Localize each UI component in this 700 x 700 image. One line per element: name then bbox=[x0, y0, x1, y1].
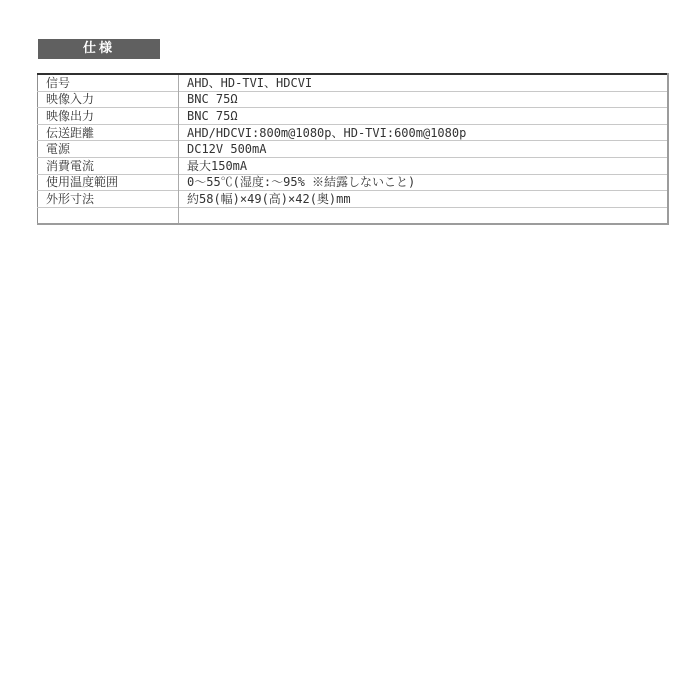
spec-label bbox=[38, 207, 179, 224]
table-row: 使用温度範囲 0～55℃(湿度:～95% ※結露しないこと) bbox=[38, 174, 669, 191]
table-row: 映像入力 BNC 75Ω bbox=[38, 91, 669, 108]
spec-value: 最大150mA bbox=[179, 157, 669, 174]
table-row: 外形寸法 約58(幅)×49(高)×42(奥)mm bbox=[38, 191, 669, 208]
spec-label: 映像出力 bbox=[38, 108, 179, 125]
spec-value: BNC 75Ω bbox=[179, 108, 669, 125]
spec-label: 電源 bbox=[38, 141, 179, 158]
spec-label: 外形寸法 bbox=[38, 191, 179, 208]
section-title-bar: 仕様 bbox=[38, 39, 160, 59]
table-row: 電源 DC12V 500mA bbox=[38, 141, 669, 158]
spec-value bbox=[179, 207, 669, 224]
table-row: 消費電流 最大150mA bbox=[38, 157, 669, 174]
table-row: 映像出力 BNC 75Ω bbox=[38, 108, 669, 125]
table-row: 伝送距離 AHD/HDCVI:800m@1080p、HD-TVI:600m@10… bbox=[38, 124, 669, 141]
spec-label: 使用温度範囲 bbox=[38, 174, 179, 191]
spec-label: 信号 bbox=[38, 74, 179, 91]
spec-value: 約58(幅)×49(高)×42(奥)mm bbox=[179, 191, 669, 208]
spec-table: 信号 AHD、HD-TVI、HDCVI 映像入力 BNC 75Ω 映像出力 BN… bbox=[37, 73, 669, 225]
spec-value: AHD、HD-TVI、HDCVI bbox=[179, 74, 669, 91]
section-title: 仕様 bbox=[83, 41, 115, 56]
table-row: 信号 AHD、HD-TVI、HDCVI bbox=[38, 74, 669, 91]
spec-value: 0～55℃(湿度:～95% ※結露しないこと) bbox=[179, 174, 669, 191]
spec-label: 伝送距離 bbox=[38, 124, 179, 141]
spec-value: AHD/HDCVI:800m@1080p、HD-TVI:600m@1080p bbox=[179, 124, 669, 141]
spec-value: DC12V 500mA bbox=[179, 141, 669, 158]
spec-label: 消費電流 bbox=[38, 157, 179, 174]
spec-label: 映像入力 bbox=[38, 91, 179, 108]
table-row bbox=[38, 207, 669, 224]
spec-value: BNC 75Ω bbox=[179, 91, 669, 108]
